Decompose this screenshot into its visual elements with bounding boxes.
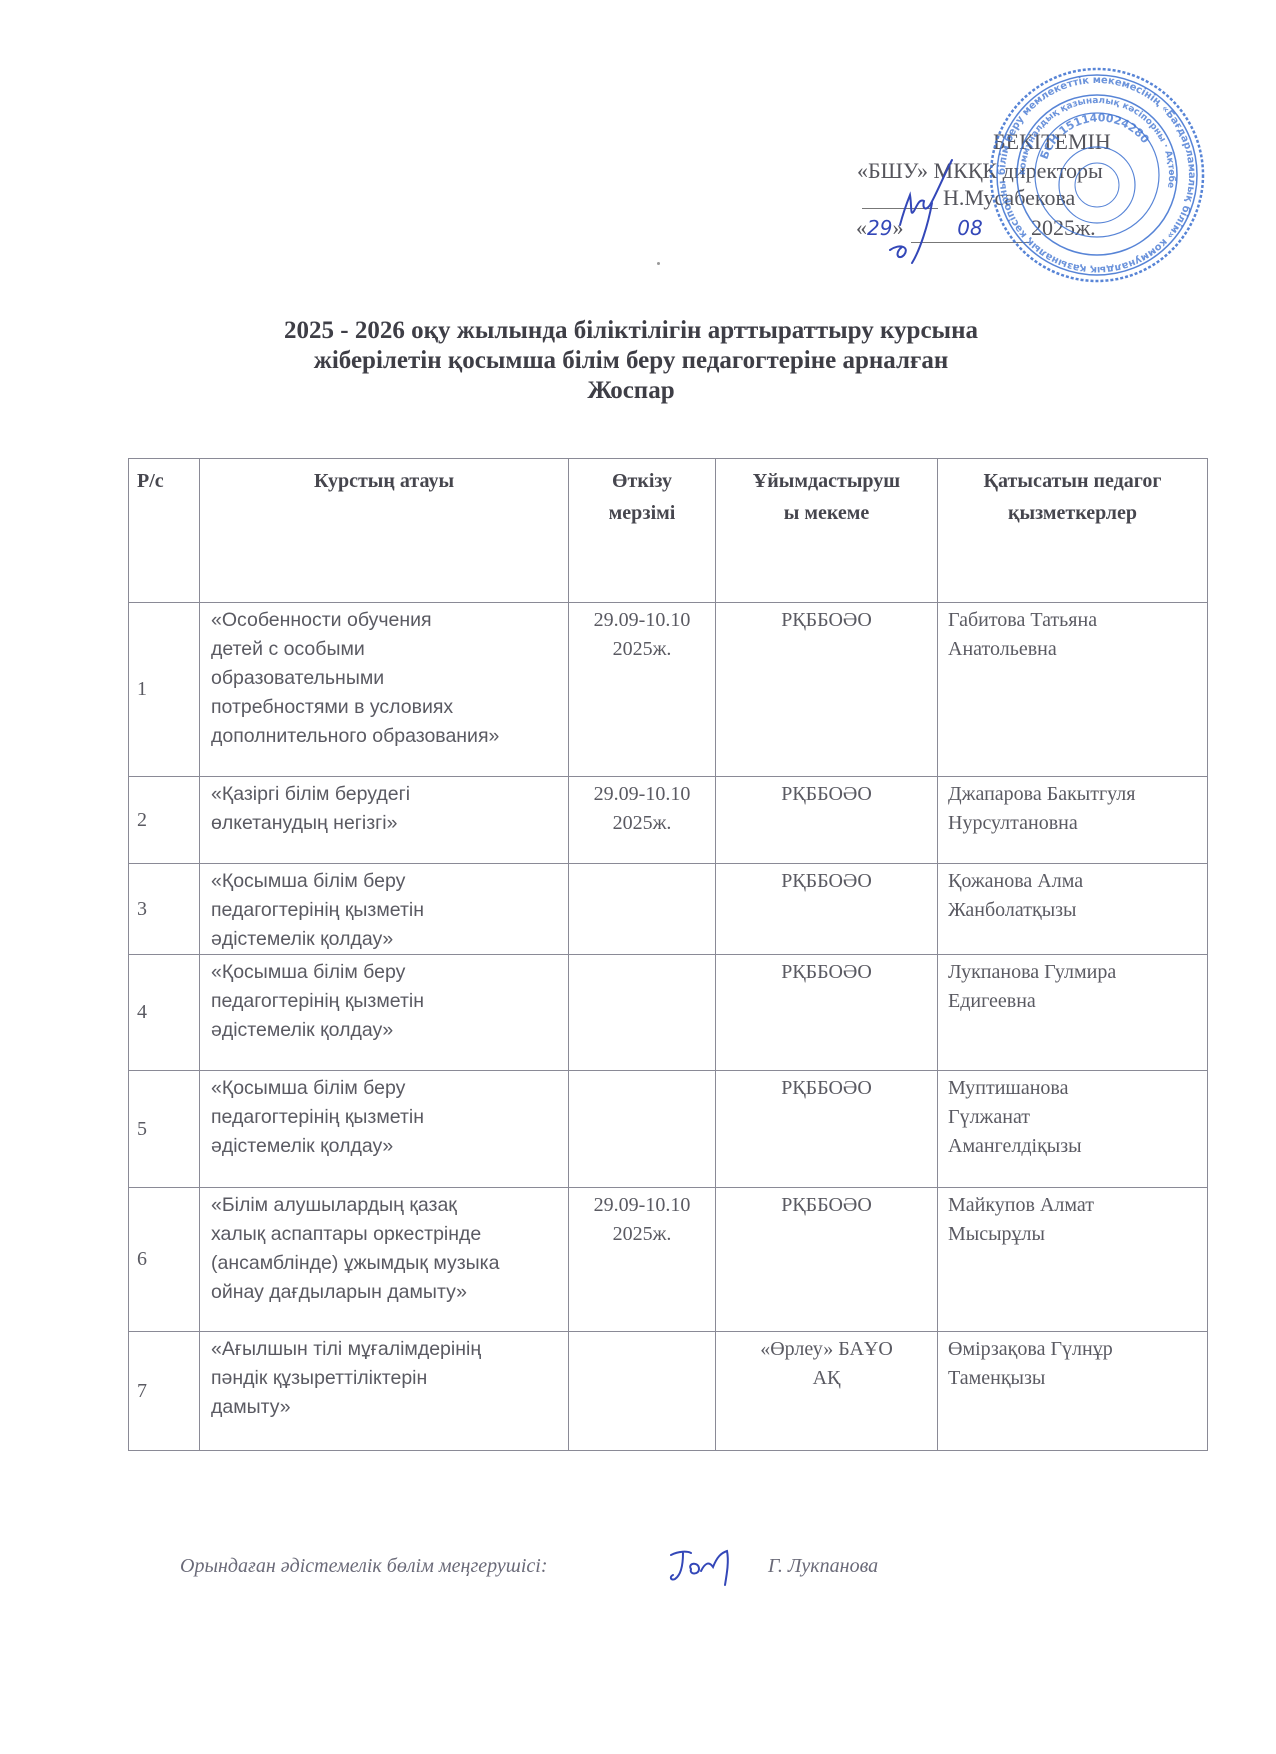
participant-line: Гүлжанат [948, 1103, 1201, 1132]
plan-table: Р/с Курстың атауы Өткізу мерзімі Ұйымдас… [128, 458, 1208, 1451]
organizer-line: РҚББОӘО [716, 780, 937, 809]
title-line-3: Жоспар [180, 376, 1082, 406]
course-title-line: «Қосымша білім беру [211, 867, 562, 896]
course-title-line: педагогтерінің қызметін [211, 1103, 562, 1132]
course-dates [569, 1071, 716, 1188]
course-dates: 29.09-10.102025ж. [569, 1188, 716, 1332]
course-title-line: (ансамблінде) ұжымдық музыка [211, 1249, 562, 1278]
row-number: 2 [129, 777, 200, 864]
executor-signature-icon [665, 1545, 745, 1590]
row-number: 6 [129, 1188, 200, 1332]
participant-line: Джапарова Бакытгуля [948, 780, 1201, 809]
row-number: 1 [129, 603, 200, 777]
course-dates-line: 29.09-10.10 [569, 780, 715, 809]
course-title-line: «Қосымша білім беру [211, 1074, 562, 1103]
course-title-line: «Особенности обучения [211, 606, 562, 635]
header-course: Курстың атауы [200, 459, 569, 603]
course-title-line: «Қосымша білім беру [211, 958, 562, 987]
course-title-line: образовательными [211, 664, 562, 693]
participant: Майкупов АлматМысырұлы [938, 1188, 1208, 1332]
course-dates: 29.09-10.102025ж. [569, 603, 716, 777]
course-title-line: халық аспаптары оркестрінде [211, 1220, 562, 1249]
participant-line: Анатольевна [948, 635, 1201, 664]
organizer: РҚББОӘО [716, 603, 938, 777]
row-number: 3 [129, 864, 200, 955]
document-title: 2025 - 2026 оқу жылында біліктілігін арт… [180, 316, 1082, 406]
course-dates-line: 2025ж. [569, 635, 715, 664]
course-title-line: ойнау дағдыларын дамыту» [211, 1278, 562, 1307]
header-num: Р/с [129, 459, 200, 603]
organizer: РҚББОӘО [716, 864, 938, 955]
course-dates-line: 2025ж. [569, 1220, 715, 1249]
organizer-line: РҚББОӘО [716, 1191, 937, 1220]
course-dates [569, 864, 716, 955]
participant-line: Нурсултановна [948, 809, 1201, 838]
participant-line: Лукпанова Гулмира [948, 958, 1201, 987]
participant-line: Жанболатқызы [948, 896, 1201, 925]
participant-line: Амангелдіқызы [948, 1132, 1201, 1161]
organizer-line: АҚ [716, 1364, 937, 1393]
participant: МуптишановаГүлжанатАмангелдіқызы [938, 1071, 1208, 1188]
course-dates-line: 2025ж. [569, 809, 715, 838]
organizer-line: РҚББОӘО [716, 867, 937, 896]
row-number: 5 [129, 1071, 200, 1188]
table-row: 4«Қосымша білім берупедагогтерінің қызме… [129, 955, 1208, 1071]
organizer-line: «Өрлеу» БАҰО [716, 1335, 937, 1364]
course-dates: 29.09-10.102025ж. [569, 777, 716, 864]
course-title-line: «Ағылшын тілі мұғалімдерінің [211, 1335, 562, 1364]
course-title-line: детей с особыми [211, 635, 562, 664]
participant-line: Едигеевна [948, 987, 1201, 1016]
course-dates [569, 1332, 716, 1451]
table-row: 1«Особенности обучениядетей с особымиобр… [129, 603, 1208, 777]
participant-line: Мысырұлы [948, 1220, 1201, 1249]
organizer-line: РҚББОӘО [716, 606, 937, 635]
table-body: 1«Особенности обучениядетей с особымиобр… [129, 603, 1208, 1451]
director-signature-icon [880, 155, 970, 265]
course-title-line: педагогтерінің қызметін [211, 896, 562, 925]
course-dates-line: 29.09-10.10 [569, 606, 715, 635]
header-staff: Қатысатын педагог қызметкерлер [938, 459, 1208, 603]
row-number: 7 [129, 1332, 200, 1451]
course-title: «Білім алушылардың қазақхалық аспаптары … [200, 1188, 569, 1332]
table-row: 2«Қазіргі білім берудегіөлкетанудың негі… [129, 777, 1208, 864]
organizer: «Өрлеу» БАҰОАҚ [716, 1332, 938, 1451]
course-title-line: әдістемелік қолдау» [211, 925, 562, 954]
organizer: РҚББОӘО [716, 955, 938, 1071]
participant: Өмірзақова ГүлнұрТаменқызы [938, 1332, 1208, 1451]
footer-role: Орындаған әдістемелік бөлім меңгерушісі: [180, 1555, 547, 1578]
participant-line: Қожанова Алма [948, 867, 1201, 896]
scan-speck [657, 262, 660, 265]
course-title: «Қосымша білім берупедагогтерінің қызмет… [200, 955, 569, 1071]
course-title-line: пәндік құзыреттіліктерін [211, 1364, 562, 1393]
organizer-line: РҚББОӘО [716, 1074, 937, 1103]
course-title: «Қазіргі білім берудегіөлкетанудың негіз… [200, 777, 569, 864]
table-row: 7«Ағылшын тілі мұғалімдерініңпәндік құзы… [129, 1332, 1208, 1451]
header-date: Өткізу мерзімі [569, 459, 716, 603]
course-title-line: әдістемелік қолдау» [211, 1132, 562, 1161]
organizer: РҚББОӘО [716, 1071, 938, 1188]
course-title: «Қосымша білім берупедагогтерінің қызмет… [200, 864, 569, 955]
footer-name: Г. Лукпанова [768, 1555, 878, 1578]
participant-line: Таменқызы [948, 1364, 1201, 1393]
course-title-line: «Білім алушылардың қазақ [211, 1191, 562, 1220]
participant-line: Габитова Татьяна [948, 606, 1201, 635]
course-title: «Ағылшын тілі мұғалімдерініңпәндік құзыр… [200, 1332, 569, 1451]
organizer: РҚББОӘО [716, 777, 938, 864]
course-dates [569, 955, 716, 1071]
course-title-line: дамыту» [211, 1393, 562, 1422]
svg-text:коммуналдық қазыналық кәсіпорн: коммуналдық қазыналық кәсіпорны · Ақтөбе [1018, 96, 1177, 189]
course-title-line: «Қазіргі білім берудегі [211, 780, 562, 809]
table-row: 3«Қосымша білім берупедагогтерінің қызме… [129, 864, 1208, 955]
course-title: «Особенности обучениядетей с особымиобра… [200, 603, 569, 777]
participant: Лукпанова ГулмираЕдигеевна [938, 955, 1208, 1071]
course-title-line: әдістемелік қолдау» [211, 1016, 562, 1045]
participant: Джапарова БакытгуляНурсултановна [938, 777, 1208, 864]
table-row: 6«Білім алушылардың қазақхалық аспаптары… [129, 1188, 1208, 1332]
course-title-line: педагогтерінің қызметін [211, 987, 562, 1016]
participant-line: Өмірзақова Гүлнұр [948, 1335, 1201, 1364]
table-row: 5«Қосымша білім берупедагогтерінің қызме… [129, 1071, 1208, 1188]
participant-line: Майкупов Алмат [948, 1191, 1201, 1220]
header-organizer: Ұйымдастыруш ы мекеме [716, 459, 938, 603]
row-number: 4 [129, 955, 200, 1071]
course-title-line: дополнительного образования» [211, 722, 562, 751]
title-line-2: жіберілетін қосымша білім беру педагогте… [180, 346, 1082, 376]
participant: Қожанова АлмаЖанболатқызы [938, 864, 1208, 955]
title-line-1: 2025 - 2026 оқу жылында біліктілігін арт… [180, 316, 1082, 346]
participant-line: Муптишанова [948, 1074, 1201, 1103]
table-header-row: Р/с Курстың атауы Өткізу мерзімі Ұйымдас… [129, 459, 1208, 603]
course-title: «Қосымша білім берупедагогтерінің қызмет… [200, 1071, 569, 1188]
date-open-quote: « [856, 215, 867, 240]
course-dates-line: 29.09-10.10 [569, 1191, 715, 1220]
organizer: РҚББОӘО [716, 1188, 938, 1332]
course-title-line: потребностями в условиях [211, 693, 562, 722]
official-stamp-icon: білім беру мемлекеттік мекемесінің «Бағд… [987, 65, 1207, 285]
course-title-line: өлкетанудың негізгі» [211, 809, 562, 838]
organizer-line: РҚББОӘО [716, 958, 937, 987]
participant: Габитова ТатьянаАнатольевна [938, 603, 1208, 777]
